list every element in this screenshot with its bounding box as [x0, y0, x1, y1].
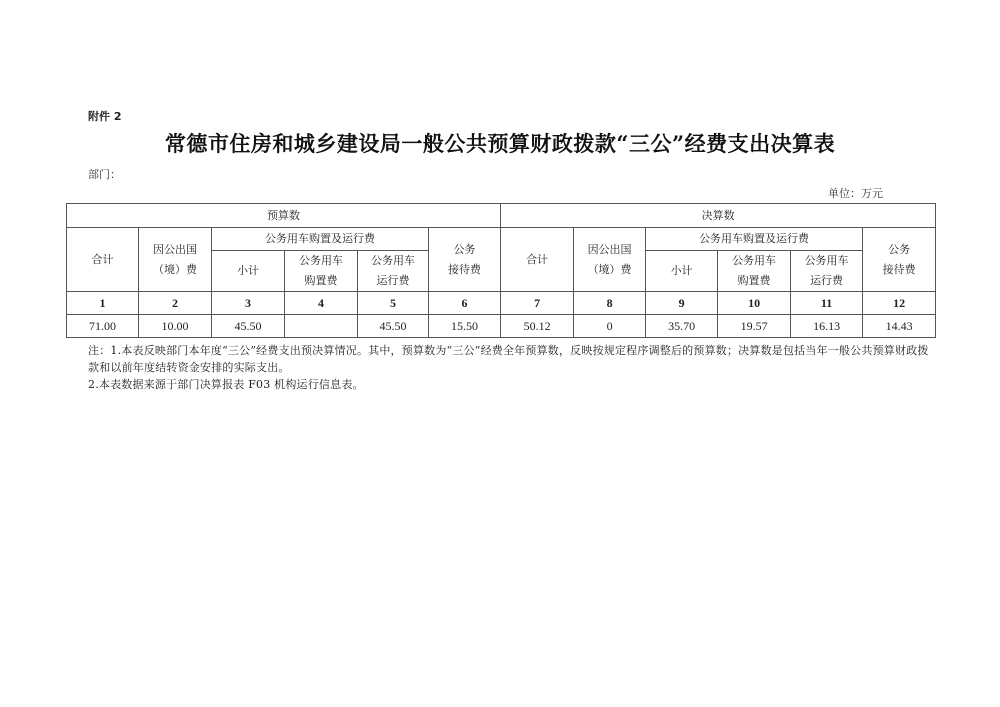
col-final-vehicle-purchase: 公务用车购置费: [718, 251, 791, 292]
col-budget-subtotal: 小计: [212, 251, 285, 292]
col-final-vehicle-group: 公务用车购置及运行费: [646, 228, 863, 251]
cell-final-total: 50.12: [501, 315, 574, 338]
col-number: 5: [358, 292, 429, 315]
note-2: 2.本表数据来源于部门决算报表 F03 机构运行信息表。: [88, 376, 938, 393]
col-budget-total: 合计: [67, 228, 139, 292]
cell-budget-abroad: 10.00: [139, 315, 212, 338]
notes: 注：1.本表反映部门本年度“三公”经费支出预决算情况。其中，预算数为“三公”经费…: [88, 342, 938, 393]
col-number: 7: [501, 292, 574, 315]
col-budget-vehicle-group: 公务用车购置及运行费: [212, 228, 429, 251]
cell-final-vehicle-operation: 16.13: [791, 315, 863, 338]
group-final: 决算数: [501, 204, 936, 228]
cell-final-reception: 14.43: [863, 315, 936, 338]
col-number: 6: [429, 292, 501, 315]
col-final-subtotal: 小计: [646, 251, 718, 292]
group-header-row: 预算数 决算数: [67, 204, 936, 228]
unit-label: 单位：万元: [828, 185, 883, 201]
col-final-vehicle-operation: 公务用车运行费: [791, 251, 863, 292]
cell-budget-vehicle-operation: 45.50: [358, 315, 429, 338]
col-number: 8: [574, 292, 646, 315]
page-title: 常德市住房和城乡建设局一般公共预算财政拨款“三公”经费支出决算表: [0, 128, 1000, 158]
col-number: 12: [863, 292, 936, 315]
group-budget: 预算数: [67, 204, 501, 228]
col-budget-abroad: 因公出国（境）费: [139, 228, 212, 292]
table-row: 71.00 10.00 45.50 45.50 15.50 50.12 0 35…: [67, 315, 936, 338]
cell-final-subtotal: 35.70: [646, 315, 718, 338]
department-label: 部门：: [88, 166, 121, 182]
column-number-row: 1 2 3 4 5 6 7 8 9 10 11 12: [67, 292, 936, 315]
col-budget-reception: 公务接待费: [429, 228, 501, 292]
cell-budget-vehicle-purchase: [285, 315, 358, 338]
cell-budget-subtotal: 45.50: [212, 315, 285, 338]
attachment-label: 附件 2: [88, 108, 121, 124]
cell-budget-total: 71.00: [67, 315, 139, 338]
expenditure-table: 预算数 决算数 合计 因公出国（境）费 公务用车购置及运行费 公务接待费 合计 …: [66, 203, 936, 338]
cell-final-vehicle-purchase: 19.57: [718, 315, 791, 338]
col-final-total: 合计: [501, 228, 574, 292]
col-number: 11: [791, 292, 863, 315]
col-number: 4: [285, 292, 358, 315]
col-number: 9: [646, 292, 718, 315]
column-header-row: 合计 因公出国（境）费 公务用车购置及运行费 公务接待费 合计 因公出国（境）费…: [67, 228, 936, 251]
col-number: 10: [718, 292, 791, 315]
cell-final-abroad: 0: [574, 315, 646, 338]
note-1: 注：1.本表反映部门本年度“三公”经费支出预决算情况。其中，预算数为“三公”经费…: [88, 342, 938, 376]
col-number: 2: [139, 292, 212, 315]
col-budget-vehicle-purchase: 公务用车购置费: [285, 251, 358, 292]
col-number: 1: [67, 292, 139, 315]
col-final-reception: 公务接待费: [863, 228, 936, 292]
col-final-abroad: 因公出国（境）费: [574, 228, 646, 292]
col-number: 3: [212, 292, 285, 315]
col-budget-vehicle-operation: 公务用车运行费: [358, 251, 429, 292]
cell-budget-reception: 15.50: [429, 315, 501, 338]
